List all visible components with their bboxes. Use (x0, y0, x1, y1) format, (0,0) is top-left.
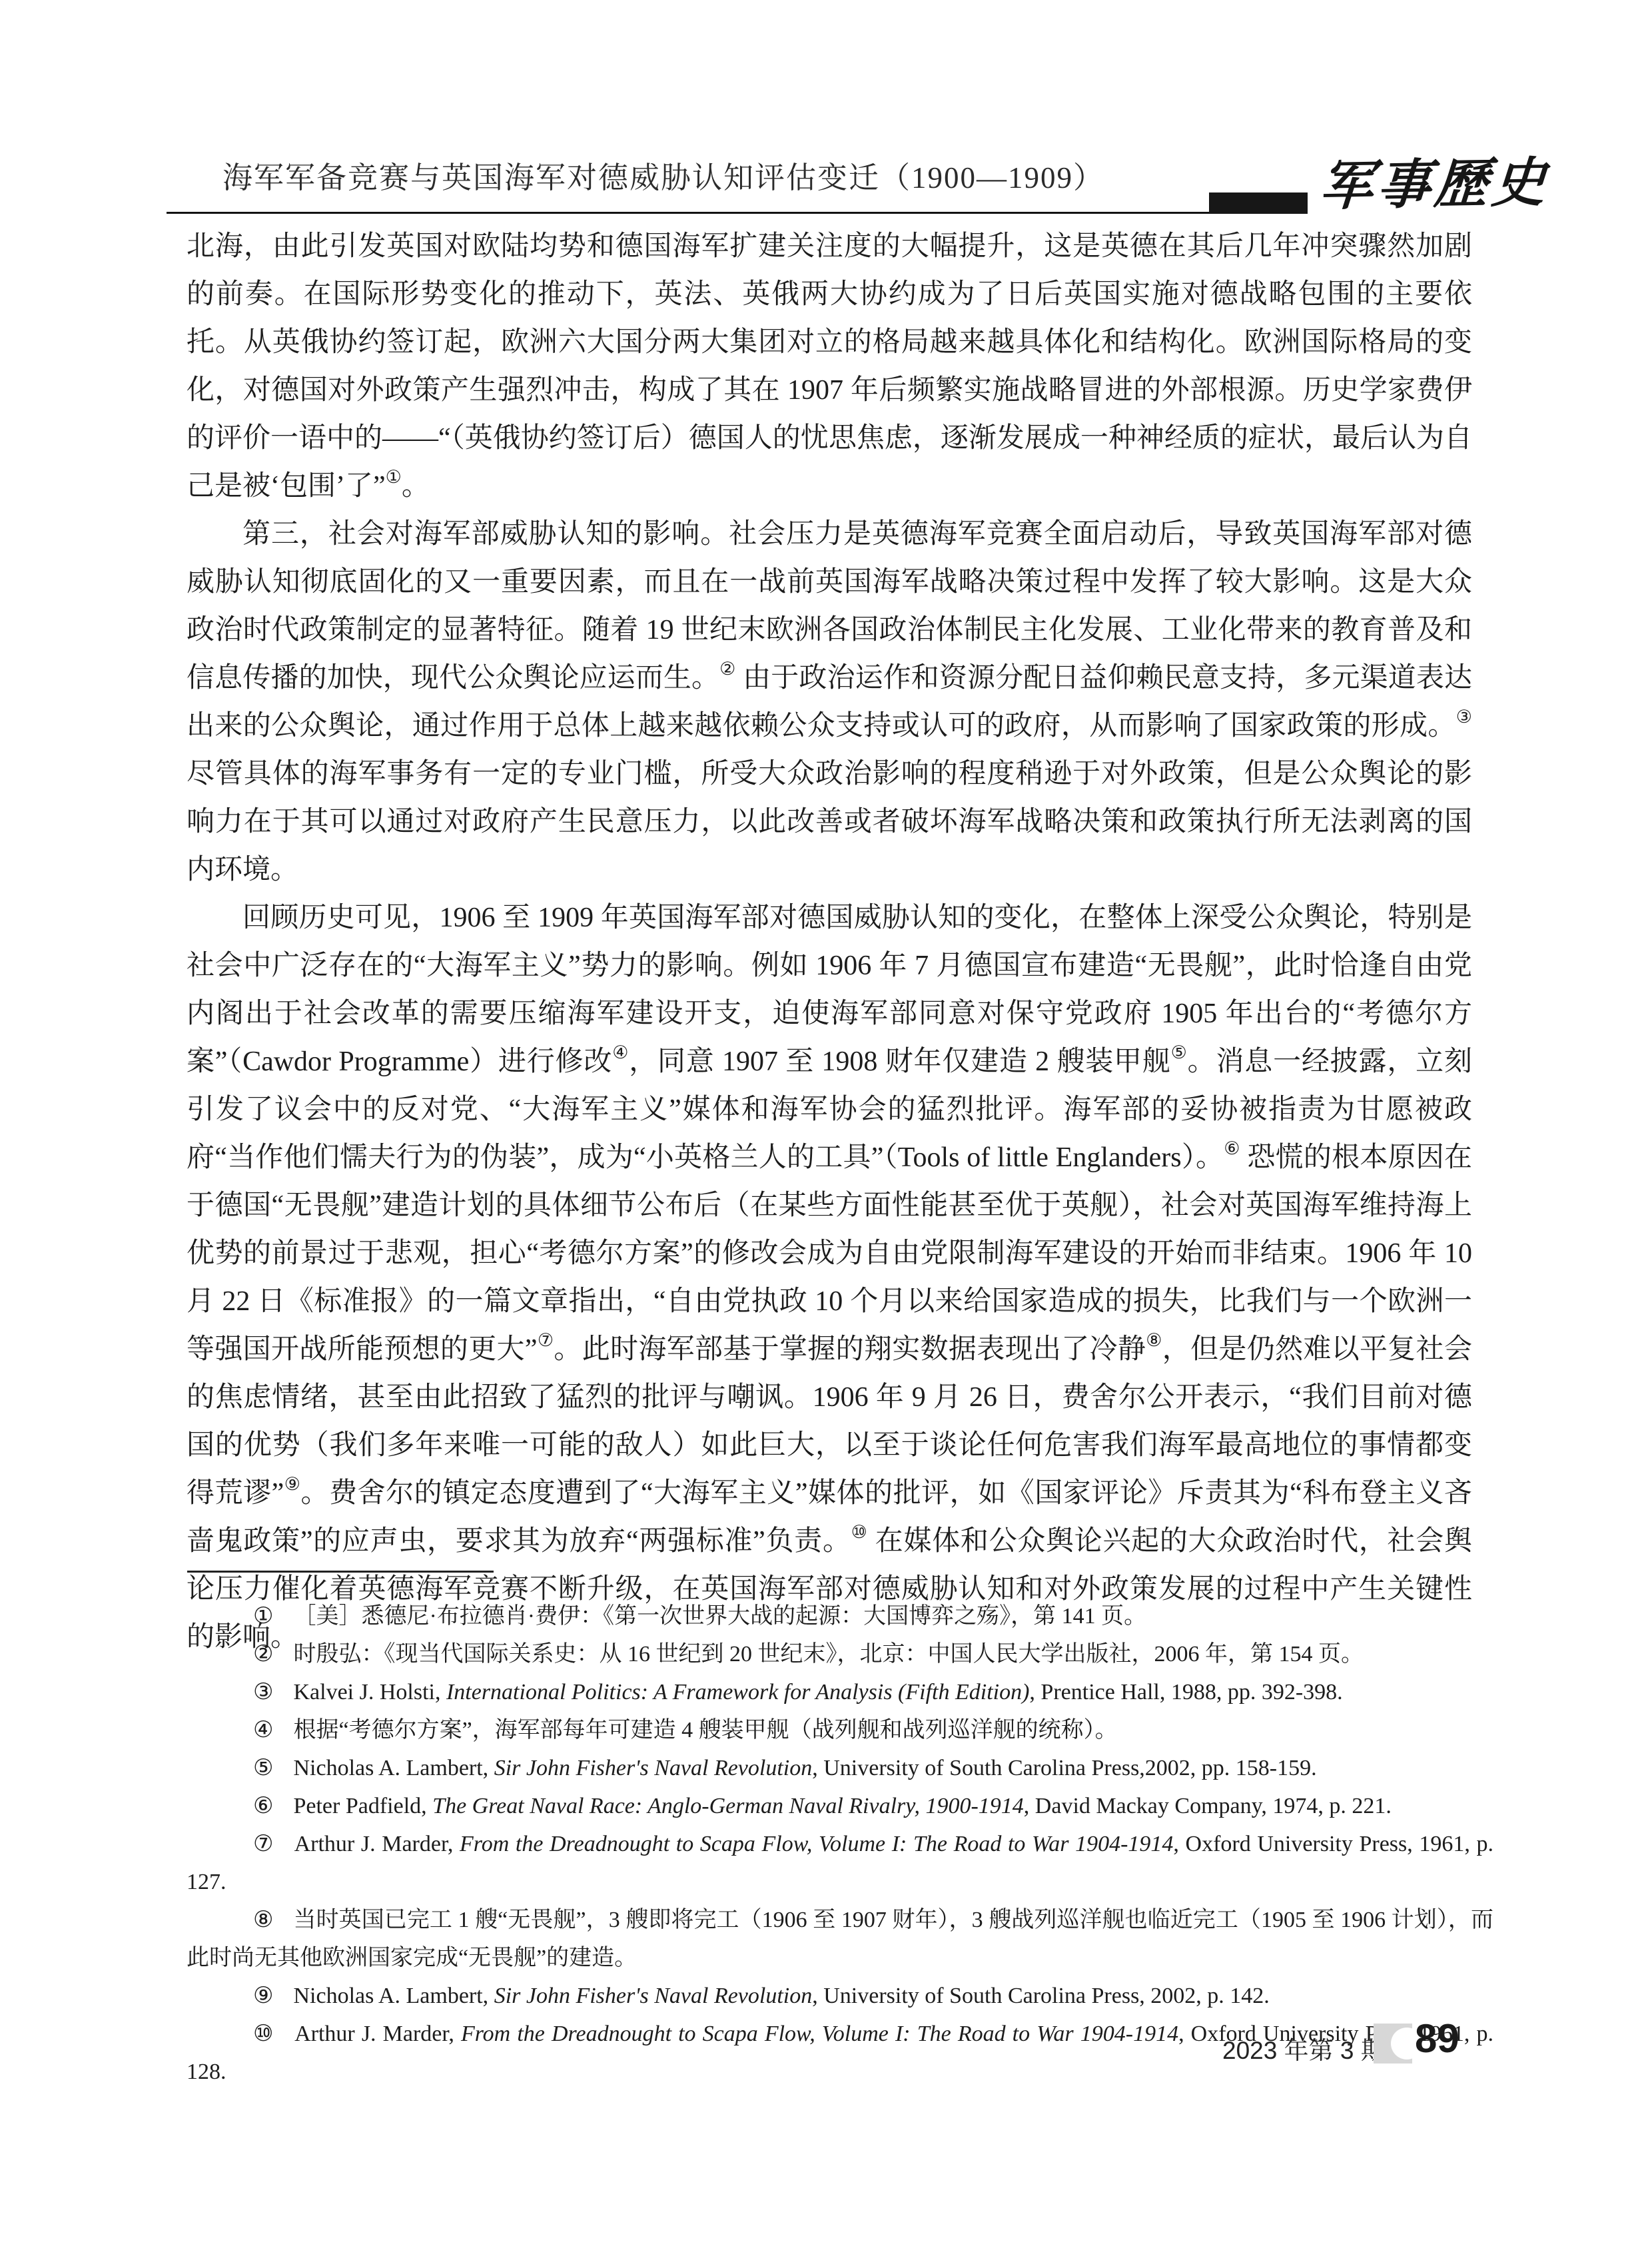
footnote-ref: ④ (612, 1042, 629, 1062)
article-title: 海军军备竞赛与英国海军对德威胁认知评估变迁（1900—1909） (222, 153, 1104, 196)
header-rule (167, 212, 1308, 214)
footnote-book-title: From the Dreadnought to Scapa Flow, Volu… (461, 2022, 1178, 2046)
footnote-item: ⑧当时英国已完工 1 艘“无畏舰”，3 艘即将完工（1906 至 1907 财年… (187, 1901, 1493, 1977)
footnote-marker: ⑥ (253, 1794, 273, 1818)
footnote-item: ⑤Nicholas A. Lambert, Sir John Fisher's … (187, 1749, 1493, 1787)
footnote-marker: ⑦ (253, 1832, 274, 1856)
footnote-item: ③Kalvei J. Holsti, International Politic… (187, 1673, 1493, 1711)
issue-info: 2023 年第 3 期 (1222, 2030, 1386, 2066)
footnote-marker: ② (253, 1642, 273, 1667)
footnote-ref: ⑧ (1146, 1330, 1162, 1350)
footnote-ref: ② (719, 659, 735, 679)
footnote-item: ②时殷弘：《现当代国际关系史：从 16 世纪到 20 世纪末》，北京：中国人民大… (187, 1635, 1493, 1673)
footnote-ref: ⑩ (851, 1522, 868, 1542)
footnote-book-title: Sir John Fisher's Naval Revolution (494, 1984, 813, 2008)
body-paragraph: 第三，社会对海军部威胁认知的影响。社会压力是英德海军竞赛全面启动后，导致英国海军… (187, 510, 1472, 894)
journal-page: 海军军备竞赛与英国海军对德威胁认知评估变迁（1900—1909） 军事歷史 北海… (0, 0, 1652, 2242)
page-number: 89 (1415, 2016, 1459, 2061)
footnote-marker: ⑧ (253, 1908, 274, 1932)
footnote-book-title: International Politics: A Framework for … (446, 1680, 1029, 1704)
footnote-ref: ⑥ (1224, 1138, 1240, 1158)
footnote-ref: ③ (1456, 707, 1472, 727)
footnote-ref: ⑨ (284, 1474, 300, 1494)
footnote-item: ①［美］悉德尼·布拉德肖·费伊：《第一次世界大战的起源：大国博弈之殇》，第 14… (187, 1597, 1493, 1635)
footnote-marker: ⑤ (253, 1756, 273, 1780)
footnote-marker: ④ (253, 1718, 273, 1742)
body-paragraph: 北海，由此引发英国对欧陆均势和德国海军扩建关注度的大幅提升，这是英德在其后几年冲… (187, 222, 1472, 510)
footnote-marker: ① (253, 1604, 273, 1629)
journal-logo: 军事歷史 (1318, 139, 1553, 220)
body-paragraph: 回顾历史可见，1906 至 1909 年英国海军部对德国威胁认知的变化，在整体上… (187, 894, 1472, 1661)
footnote-marker: ③ (253, 1680, 273, 1704)
footnote-ref: ⑤ (1171, 1042, 1188, 1062)
footnote-book-title: Sir John Fisher's Naval Revolution (494, 1756, 813, 1780)
footnote-marker: ⑩ (253, 2022, 274, 2046)
footnote-item: ⑥Peter Padfield, The Great Naval Race: A… (187, 1787, 1493, 1825)
footnote-item: ⑦Arthur J. Marder, From the Dreadnought … (187, 1825, 1493, 1901)
footnote-item: ⑨Nicholas A. Lambert, Sir John Fisher's … (187, 1977, 1493, 2015)
article-body: 北海，由此引发英国对欧陆均势和德国海军扩建关注度的大幅提升，这是英德在其后几年冲… (187, 222, 1472, 1661)
page-number-decoration (1374, 2024, 1412, 2063)
header-black-block (1209, 192, 1308, 213)
footnote-ref: ⑦ (538, 1330, 554, 1350)
footnote-ref: ① (386, 467, 402, 487)
footnotes: ①［美］悉德尼·布拉德肖·费伊：《第一次世界大战的起源：大国博弈之殇》，第 14… (187, 1597, 1493, 2091)
footnote-item: ④根据“考德尔方案”，海军部每年可建造 4 艘装甲舰（战列舰和战列巡洋舰的统称）… (187, 1711, 1493, 1749)
footnote-book-title: The Great Naval Race: Anglo-German Naval… (432, 1794, 1024, 1818)
footnote-marker: ⑨ (253, 1984, 273, 2008)
footnote-separator (187, 1571, 494, 1573)
footnote-book-title: From the Dreadnought to Scapa Flow, Volu… (460, 1832, 1173, 1856)
